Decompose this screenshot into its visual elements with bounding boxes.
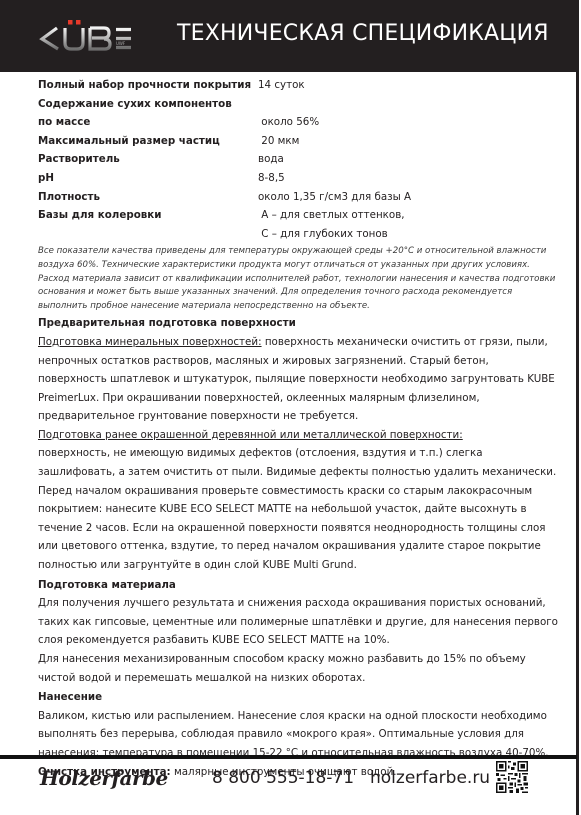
document-body: Полный набор прочности покрытия14 сутокС…: [38, 76, 558, 781]
note-conditions: Все показатели качества приведены для те…: [38, 245, 558, 272]
kube-logo: UWF: [36, 18, 132, 52]
material-prep-text-1: Для получения лучшего результата и сниже…: [38, 594, 558, 650]
footer-website-link[interactable]: holzerfarbe.ru: [370, 768, 490, 788]
spec-value: около 56%: [258, 113, 558, 132]
svg-text:UWF: UWF: [116, 41, 126, 46]
spec-label: pH: [38, 169, 258, 188]
spec-row: Максимальный размер частиц 20 мкм: [38, 132, 558, 151]
footer-phone[interactable]: 8 800 555-18-71: [212, 768, 354, 788]
spec-label: Плотность: [38, 188, 258, 207]
holzerfarbe-logo: Holzerfarbe: [40, 766, 168, 790]
spec-value-line: 8-8,5: [258, 169, 558, 188]
section-title-application: Нанесение: [38, 688, 558, 707]
spec-value: А – для светлых оттенков, С – для глубок…: [258, 206, 558, 243]
page-header: UWF ТЕХНИЧЕСКАЯ СПЕЦИФИКАЦИЯ: [0, 0, 579, 72]
mineral-surface-prep: Подготовка минеральных поверхностей: пов…: [38, 333, 558, 426]
material-prep-text-2: Для нанесения механизированным способом …: [38, 650, 558, 687]
spec-row: Растворительвода: [38, 150, 558, 169]
mineral-surface-label: Подготовка минеральных поверхностей:: [38, 336, 262, 348]
spec-value: 8-8,5: [258, 169, 558, 188]
spec-value: 14 суток: [258, 76, 558, 95]
painted-surface-label: Подготовка ранее окрашенной деревянной и…: [38, 426, 558, 445]
conditions-note: Все показатели качества приведены для те…: [38, 245, 558, 313]
spec-label: Полный набор прочности покрытия: [38, 76, 258, 95]
spec-value-line: А – для светлых оттенков,: [258, 206, 558, 225]
section-title-surface-prep: Предварительная подготовка поверхности: [38, 314, 558, 333]
spec-label: Растворитель: [38, 150, 258, 169]
mineral-surface-text: поверхность механически очистить от гряз…: [38, 336, 555, 422]
spec-row: по массе около 56%: [38, 113, 558, 132]
spec-row: Плотностьоколо 1,35 г/см3 для базы А: [38, 188, 558, 207]
spec-value-line: вода: [258, 150, 558, 169]
spec-value: около 1,35 г/см3 для базы А: [258, 188, 558, 207]
spec-label: Содержание сухих компонентов: [38, 95, 258, 114]
painted-surface-text: поверхность, не имеющую видимых дефектов…: [38, 444, 558, 574]
spec-value-line: С – для глубоких тонов: [258, 225, 558, 244]
spec-value: 20 мкм: [258, 132, 558, 151]
note-consumption: Расход материала зависит от квалификации…: [38, 273, 558, 314]
spec-row: Полный набор прочности покрытия14 суток: [38, 76, 558, 95]
spec-row: Содержание сухих компонентов: [38, 95, 558, 114]
spec-label: Максимальный размер частиц: [38, 132, 258, 151]
spec-row: Базы для колеровки А – для светлых оттен…: [38, 206, 558, 243]
qr-code-icon[interactable]: [496, 761, 528, 793]
spec-label: Базы для колеровки: [38, 206, 258, 243]
footer-divider: [0, 755, 577, 759]
spec-value-line: около 1,35 г/см3 для базы А: [258, 188, 558, 207]
document-title: ТЕХНИЧЕСКАЯ СПЕЦИФИКАЦИЯ: [177, 21, 549, 46]
page-border-right: [576, 0, 579, 815]
spec-table: Полный набор прочности покрытия14 сутокС…: [38, 76, 558, 243]
section-title-material-prep: Подготовка материала: [38, 576, 558, 595]
spec-row: pH8-8,5: [38, 169, 558, 188]
spec-value: вода: [258, 150, 558, 169]
spec-value: [258, 95, 558, 114]
spec-value-line: около 56%: [258, 113, 558, 132]
spec-value-line: 14 суток: [258, 76, 558, 95]
spec-label: по массе: [38, 113, 258, 132]
spec-value-line: 20 мкм: [258, 132, 558, 151]
